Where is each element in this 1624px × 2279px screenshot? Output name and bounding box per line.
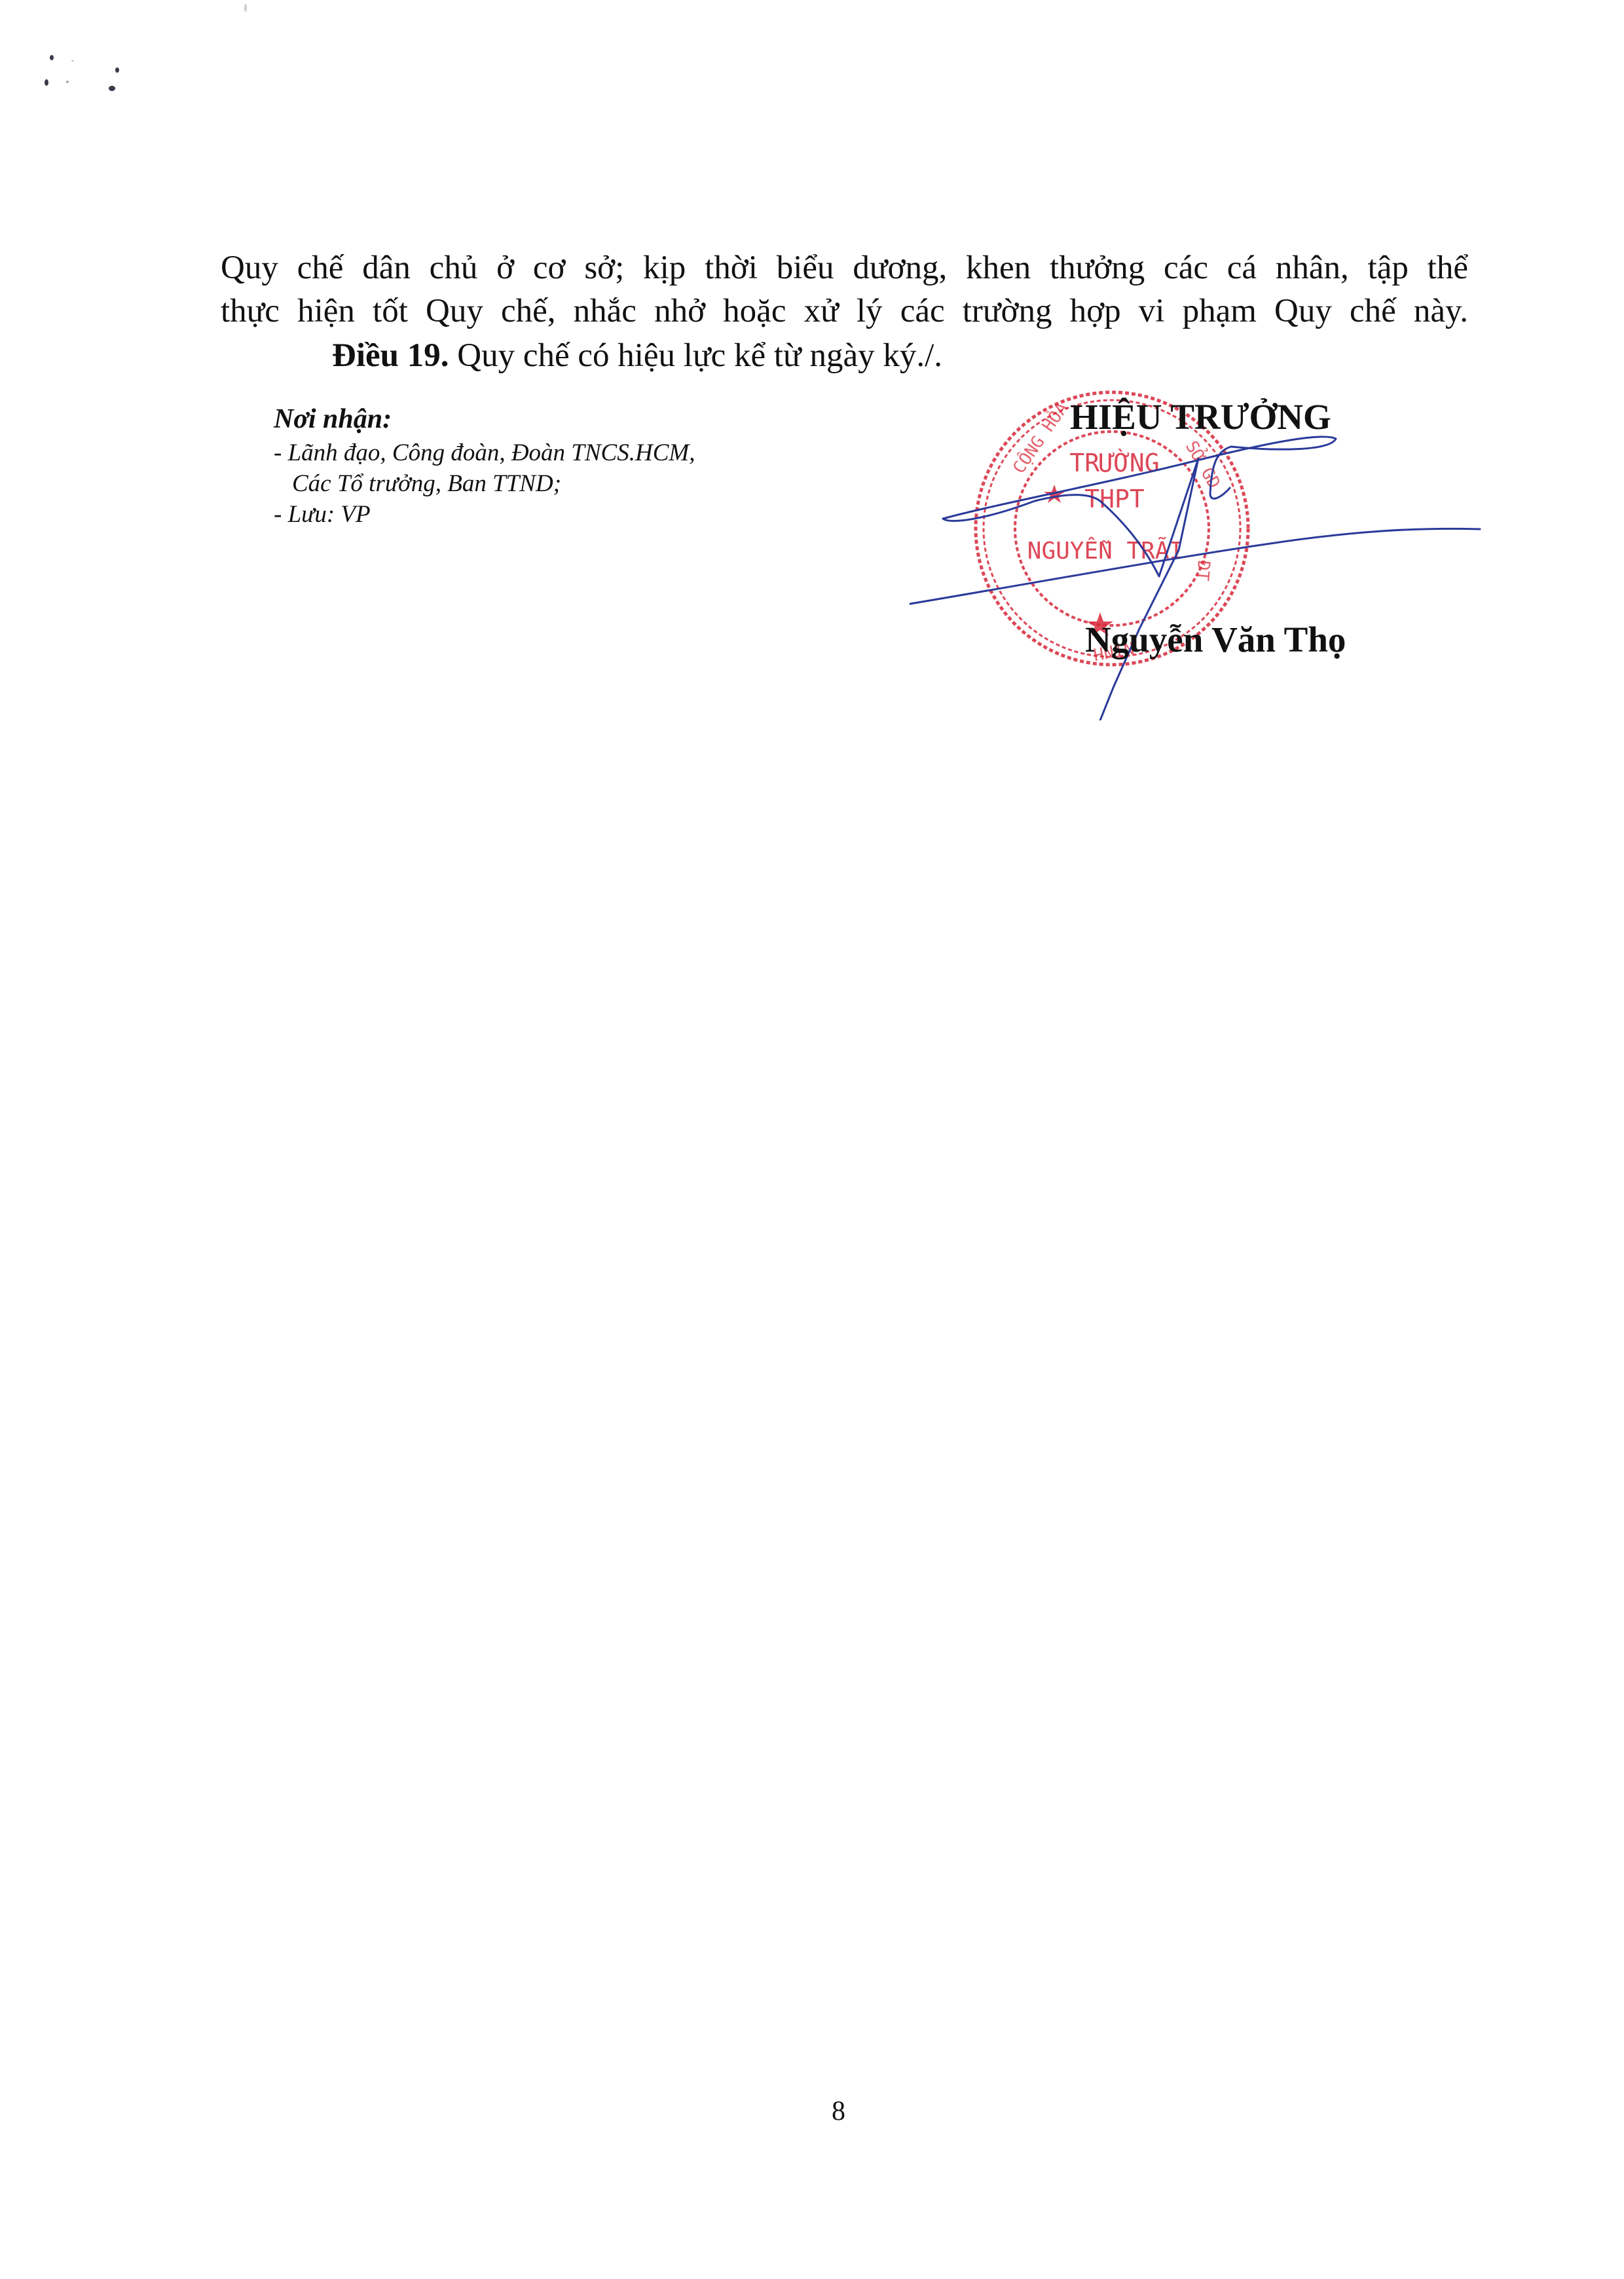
recipients-heading: Nơi nhận:: [274, 401, 695, 437]
recipient-item: Các Tổ trưởng, Ban TTND;: [274, 468, 695, 499]
article-19: Điều 19. Quy chế có hiệu lực kể từ ngày …: [332, 335, 942, 376]
signer-name: Nguyễn Văn Thọ: [1085, 619, 1346, 660]
article-text: Quy chế có hiệu lực kể từ ngày ký./.: [449, 337, 943, 374]
recipients-block: Nơi nhận: - Lãnh đạo, Công đoàn, Đoàn TN…: [274, 401, 695, 530]
body-line-2: thực hiện tốt Quy chế, nhắc nhở hoặc xử …: [221, 291, 1468, 331]
page-number: 8: [832, 2096, 845, 2127]
recipient-item: - Lưu: VP: [274, 499, 695, 530]
recipient-item: - Lãnh đạo, Công đoàn, Đoàn TNCS.HCM,: [274, 437, 695, 468]
scan-specks: [0, 0, 262, 131]
article-label: Điều 19.: [332, 337, 449, 374]
body-line-1: Quy chế dân chủ ở cơ sở; kịp thời biểu d…: [221, 248, 1468, 288]
signature-icon: [904, 380, 1493, 720]
